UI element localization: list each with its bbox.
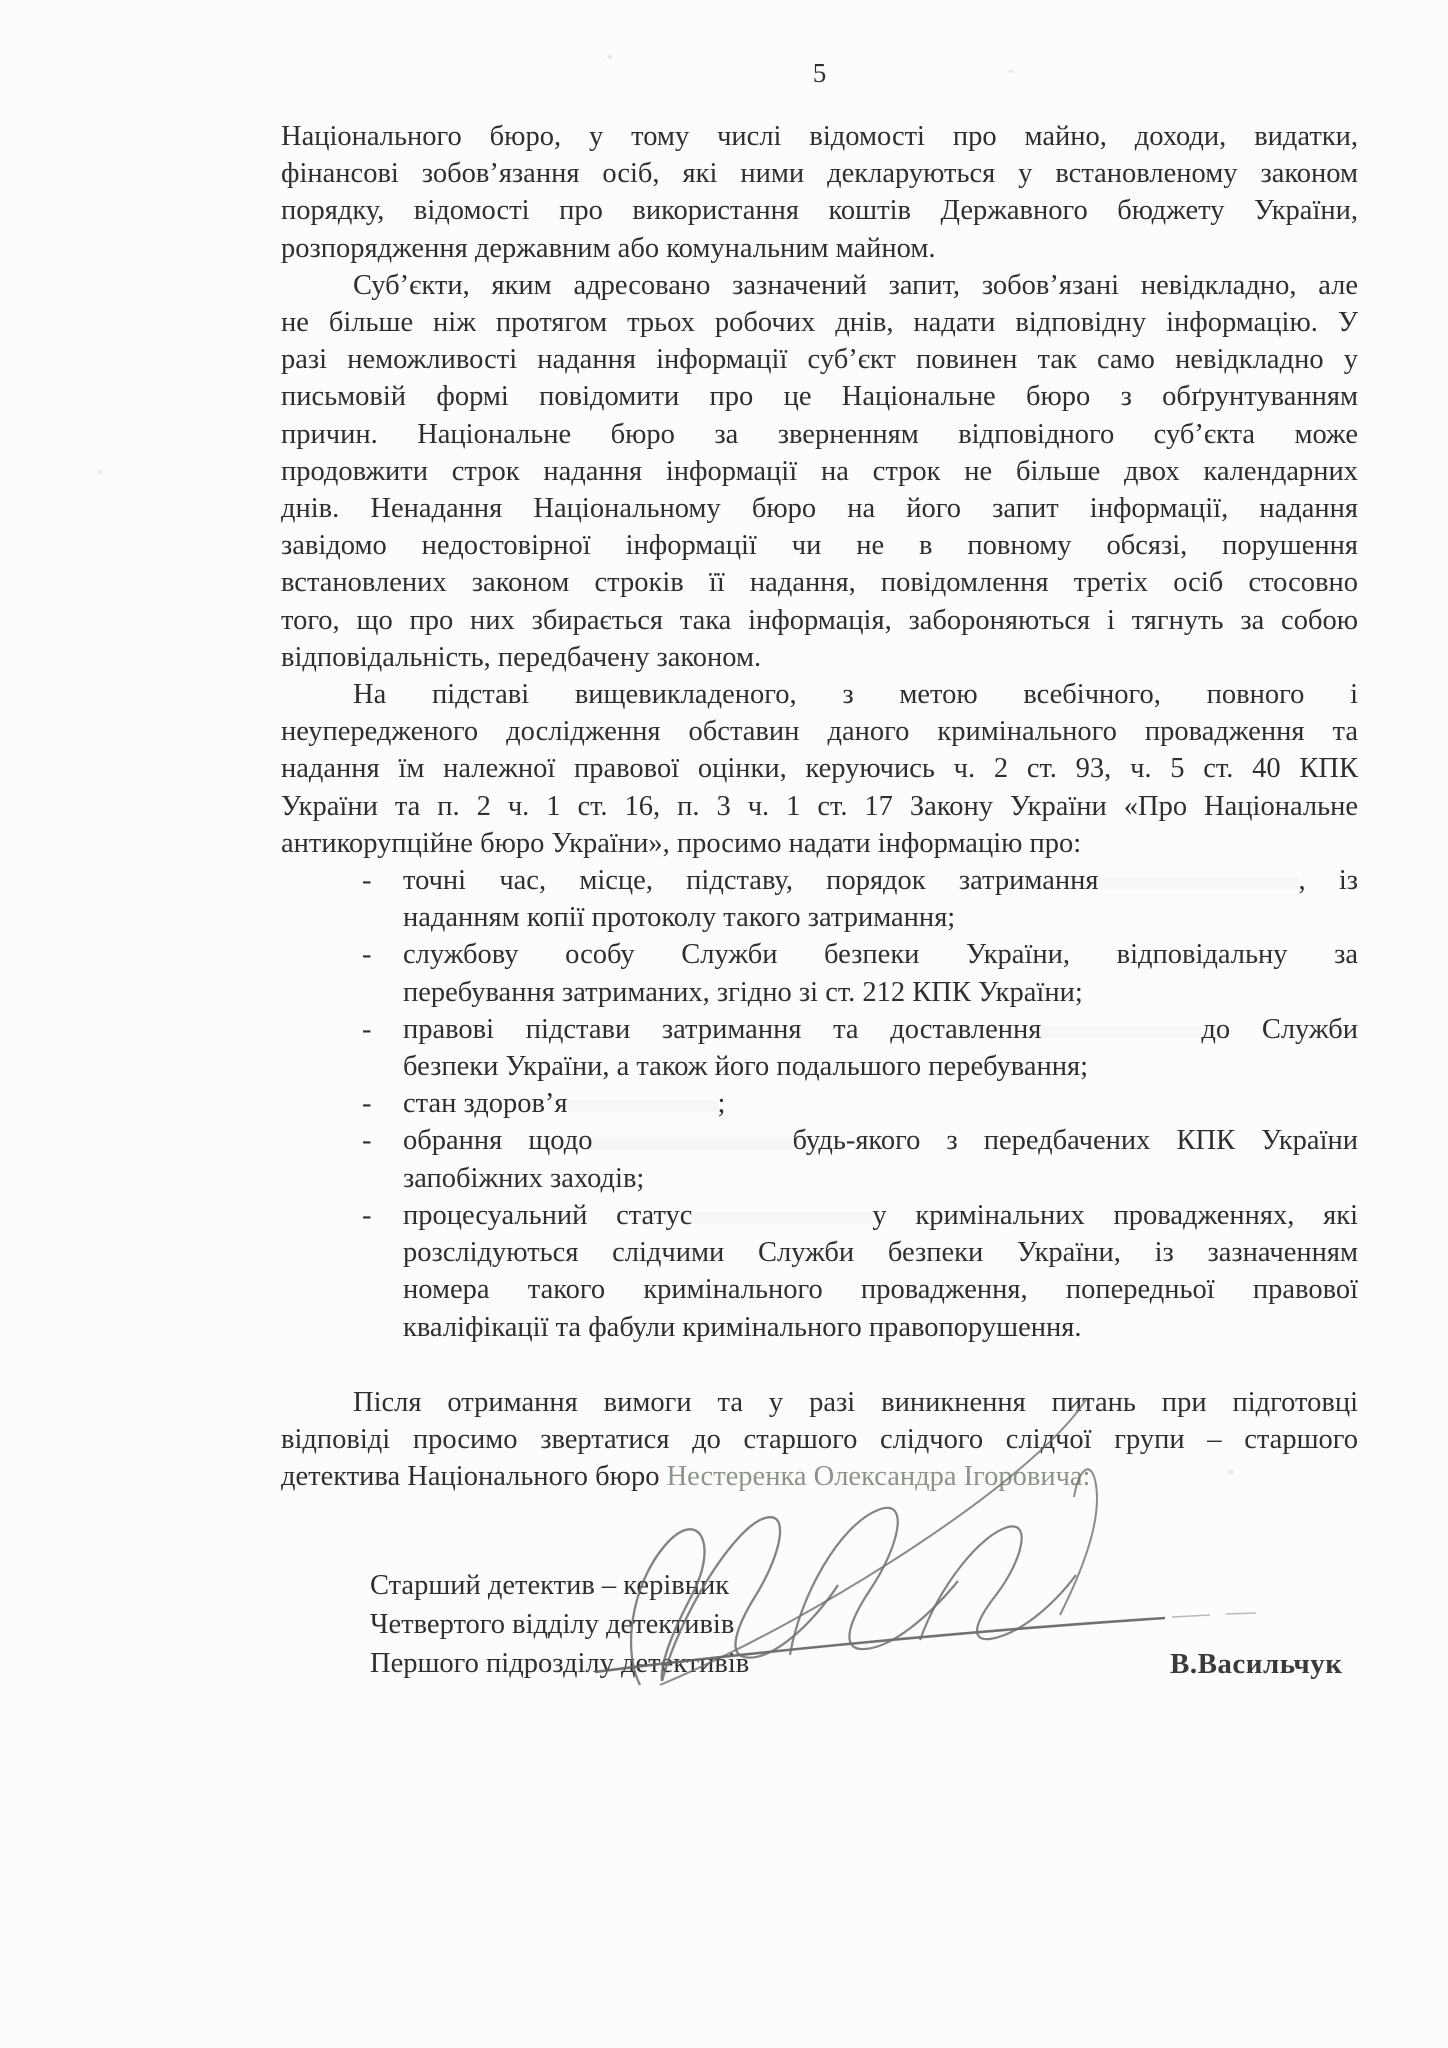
text-line: завідомо недостовірної інформації чи не …	[281, 527, 1358, 564]
scan-speck	[1228, 1470, 1234, 1474]
text-segment: наданням копії протоколу такого затриман…	[403, 902, 955, 933]
text-segment: безпеки України, а також його подальшого…	[403, 1051, 1088, 1082]
text-segment: у кримінальних провадженнях, які	[872, 1200, 1358, 1231]
text-line: надання їм належної правової оцінки, кер…	[281, 750, 1358, 787]
text-line: номера такого кримінального провадження,…	[281, 1271, 1358, 1308]
text-line: відповідальність, передбачену законом.	[281, 639, 1358, 676]
text-segment: до Служби	[1201, 1014, 1358, 1045]
text-segment: того, що про них збирається така інформа…	[281, 605, 1358, 636]
text-line: встановлених законом строків її надання,…	[281, 564, 1358, 601]
text-line: порядку, відомості про використання кошт…	[281, 192, 1358, 229]
text-line: запобіжних заходів;	[281, 1160, 1358, 1197]
text-segment: продовжити строк надання інформації на с…	[281, 456, 1358, 487]
text-line: -процесуальний статусу кримінальних пров…	[281, 1197, 1358, 1234]
text-line: продовжити строк надання інформації на с…	[281, 453, 1358, 490]
text-line: -обрання щодобудь-якого з передбачених К…	[281, 1122, 1358, 1159]
text-segment: разі неможливості надання інформації суб…	[281, 344, 1358, 375]
redaction-gap	[692, 1212, 872, 1224]
text-segment: стан здоров’я	[403, 1088, 568, 1119]
text-line: України та п. 2 ч. 1 ст. 16, п. 3 ч. 1 с…	[281, 788, 1358, 825]
text-segment: України та п. 2 ч. 1 ст. 16, п. 3 ч. 1 с…	[281, 791, 1358, 822]
text-line: разі неможливості надання інформації суб…	[281, 341, 1358, 378]
text-line: -службову особу Служби безпеки України, …	[281, 936, 1358, 973]
text-line: того, що про них збирається така інформа…	[281, 602, 1358, 639]
text-segment: правові підстави затримання та доставлен…	[403, 1014, 1041, 1045]
text-segment: На підставі вищевикладеного, з метою все…	[353, 679, 1358, 710]
text-line: розпорядження державним або комунальним …	[281, 230, 1358, 267]
text-line: -точні час, місце, підставу, порядок зат…	[281, 862, 1358, 899]
text-line: причин. Національне бюро за зверненням в…	[281, 416, 1358, 453]
text-segment: кваліфікації та фабули кримінального пра…	[403, 1312, 1082, 1343]
redaction-gap	[568, 1100, 718, 1112]
text-segment: встановлених законом строків її надання,…	[281, 567, 1358, 598]
text-segment: письмовій формі повідомити про це Націон…	[281, 381, 1358, 412]
text-segment: надання їм належної правової оцінки, кер…	[281, 753, 1358, 784]
scanned-document-page: 5 Національного бюро, у тому числі відом…	[0, 0, 1448, 2048]
text-line: кваліфікації та фабули кримінального пра…	[281, 1309, 1358, 1346]
text-line: не більше ніж протягом трьох робочих дні…	[281, 304, 1358, 341]
text-line: -стан здоров’я;	[281, 1085, 1358, 1122]
text-line: Національного бюро, у тому числі відомос…	[281, 118, 1358, 155]
text-segment: Національного бюро, у тому числі відомос…	[281, 121, 1358, 152]
text-segment: антикорупційне бюро України», просимо на…	[281, 828, 1081, 859]
redaction-gap	[1098, 877, 1298, 889]
text-line: На підставі вищевикладеного, з метою все…	[281, 676, 1358, 713]
document-body: Національного бюро, у тому числі відомос…	[281, 118, 1358, 1495]
text-line: неупередженого дослідження обставин дано…	[281, 713, 1358, 750]
scan-speck	[98, 470, 102, 474]
text-segment: днів. Ненадання Національному бюро на йо…	[281, 493, 1358, 524]
text-segment: службову особу Служби безпеки України, в…	[403, 939, 1358, 970]
text-line: наданням копії протоколу такого затриман…	[281, 899, 1358, 936]
text-segment: завідомо недостовірної інформації чи не …	[281, 530, 1358, 561]
text-line: розслідуються слідчими Служби безпеки Ук…	[281, 1234, 1358, 1271]
text-segment: не більше ніж протягом трьох робочих дні…	[281, 307, 1358, 338]
scan-speck	[607, 55, 612, 59]
text-segment: обрання щодо	[403, 1125, 592, 1156]
text-segment: причин. Національне бюро за зверненням в…	[281, 419, 1358, 450]
text-segment: перебування затриманих, згідно зі ст. 21…	[403, 977, 1083, 1008]
text-line: безпеки України, а також його подальшого…	[281, 1048, 1358, 1085]
text-line: днів. Ненадання Національному бюро на йо…	[281, 490, 1358, 527]
text-segment: фінансові зобов’язання осіб, які ними де…	[281, 158, 1358, 189]
text-segment: неупередженого дослідження обставин дано…	[281, 716, 1358, 747]
text-segment: розпорядження державним або комунальним …	[281, 233, 936, 264]
text-segment: номера такого кримінального провадження,…	[403, 1274, 1358, 1305]
bullet-dash: -	[362, 1197, 372, 1234]
text-segment: запобіжних заходів;	[403, 1163, 644, 1194]
signer-name: В.Васильчук	[1170, 1648, 1342, 1681]
text-line: Суб’єкти, яким адресовано зазначений зап…	[281, 267, 1358, 304]
text-line: фінансові зобов’язання осіб, які ними де…	[281, 155, 1358, 192]
text-line: антикорупційне бюро України», просимо на…	[281, 825, 1358, 862]
page-number: 5	[281, 58, 1358, 89]
text-segment: Суб’єкти, яким адресовано зазначений зап…	[353, 270, 1358, 301]
text-line: письмовій формі повідомити про це Націон…	[281, 378, 1358, 415]
bullet-dash: -	[362, 936, 372, 973]
text-segment: будь-якого з передбачених КПК України	[792, 1125, 1358, 1156]
text-segment: , із	[1298, 865, 1358, 896]
bullet-dash: -	[362, 862, 372, 899]
text-segment: порядку, відомості про використання кошт…	[281, 195, 1358, 226]
text-segment: процесуальний статус	[403, 1200, 692, 1231]
text-segment: точні час, місце, підставу, порядок затр…	[403, 865, 1098, 896]
text-line: -правові підстави затримання та доставле…	[281, 1011, 1358, 1048]
bullet-dash: -	[362, 1011, 372, 1048]
bullet-dash: -	[362, 1085, 372, 1122]
redaction-gap	[592, 1137, 792, 1149]
text-segment: розслідуються слідчими Служби безпеки Ук…	[403, 1237, 1358, 1268]
spacer	[281, 1346, 1358, 1384]
text-line: перебування затриманих, згідно зі ст. 21…	[281, 974, 1358, 1011]
text-segment: відповідальність, передбачену законом.	[281, 642, 761, 673]
scan-speck	[1008, 70, 1014, 73]
redaction-gap	[1041, 1026, 1201, 1038]
text-segment: ;	[718, 1088, 726, 1119]
bullet-dash: -	[362, 1122, 372, 1159]
